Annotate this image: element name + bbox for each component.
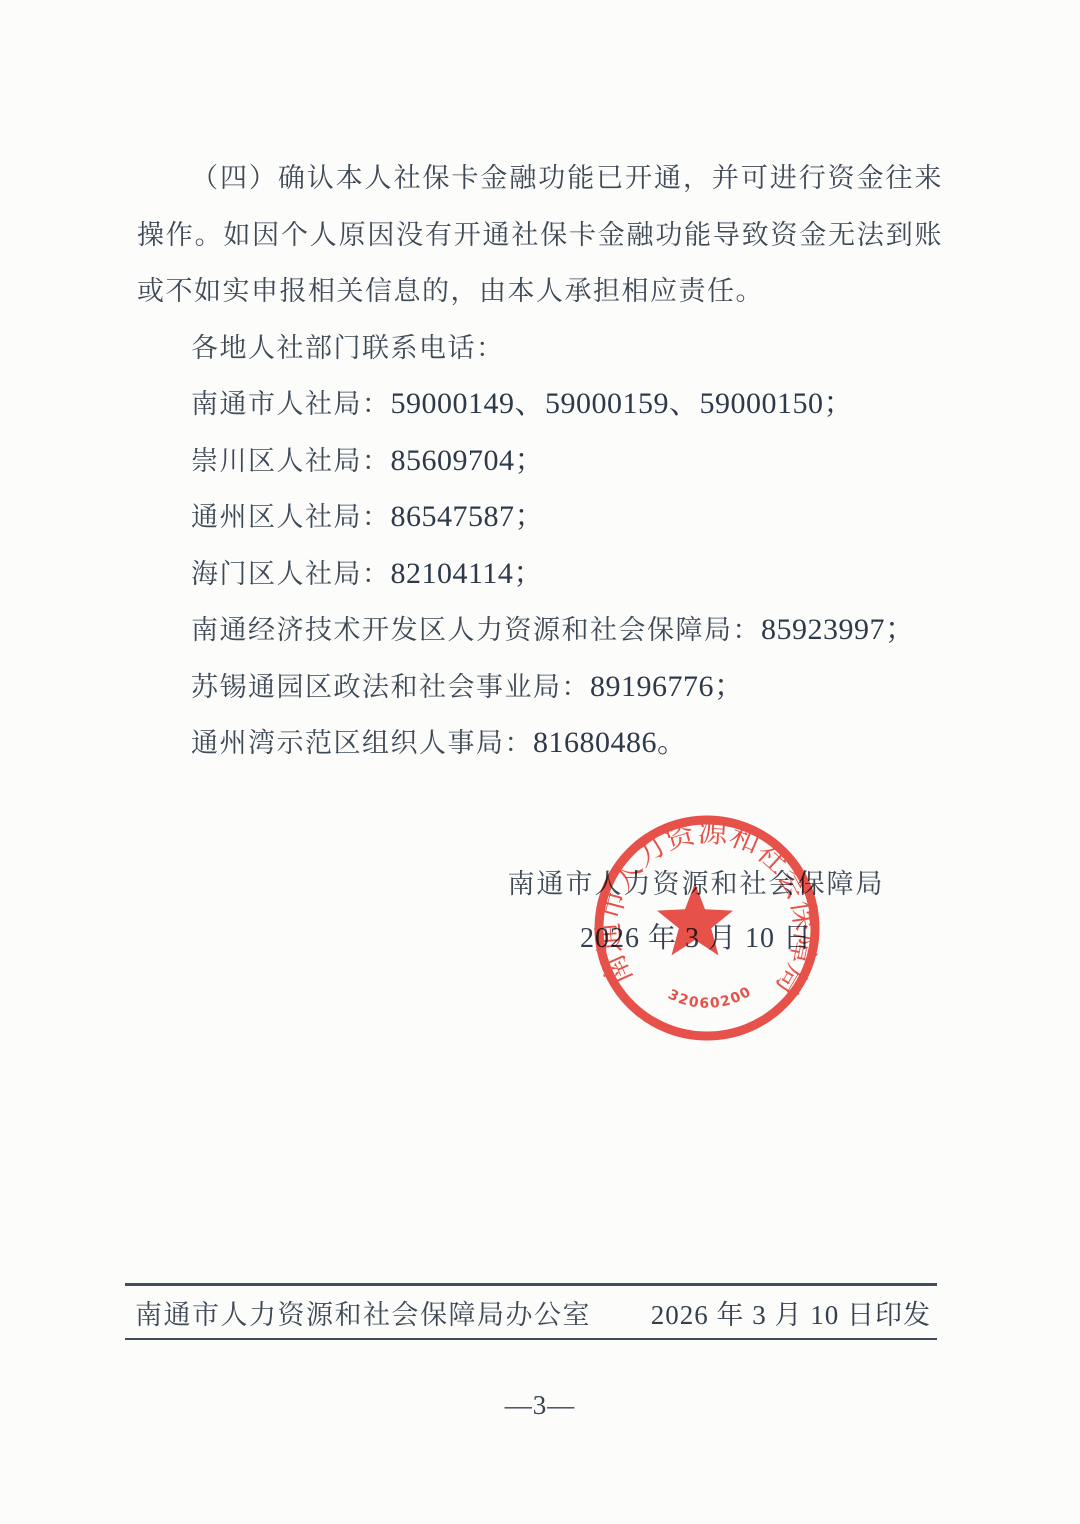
- paragraph-line: 或不如实申报相关信息的，由本人承担相应责任。: [137, 263, 943, 320]
- signature-block: 南通市人力资源和社会保障局 2026 年 3 月 10 日: [500, 856, 892, 966]
- footer-print-date: 2026 年 3 月 10 日印发: [651, 1293, 931, 1332]
- contact-row: 南通经济技术开发区人力资源和社会保障局：85923997；: [137, 602, 943, 659]
- contact-name: 海门区人社局：: [191, 559, 391, 589]
- contact-name: 南通市人社局：: [191, 389, 391, 419]
- contact-name: 南通经济技术开发区人力资源和社会保障局：: [191, 615, 761, 645]
- contact-phones: 59000149、59000159、59000150；: [391, 387, 855, 420]
- contact-row: 海门区人社局：82104114；: [137, 546, 943, 603]
- signature-date: 2026 年 3 月 10 日: [500, 912, 892, 966]
- contact-name: 通州区人社局：: [191, 502, 391, 532]
- page-number: —3—: [0, 1390, 1080, 1421]
- contact-phones: 86547587；: [391, 500, 546, 533]
- signature-org: 南通市人力资源和社会保障局: [500, 856, 892, 912]
- contact-row: 通州区人社局：86547587；: [137, 489, 943, 546]
- contact-row: 苏锡通园区政法和社会事业局：89196776；: [137, 659, 943, 716]
- body-text: （四）确认本人社保卡金融功能已开通，并可进行资金往来 操作。如因个人原因没有开通…: [137, 150, 943, 772]
- footer-bar: 南通市人力资源和社会保障局办公室 2026 年 3 月 10 日印发: [125, 1283, 937, 1340]
- contact-phones: 81680486。: [533, 726, 688, 759]
- paragraph-line: 操作。如因个人原因没有开通社保卡金融功能导致资金无法到账: [137, 207, 943, 264]
- footer-office: 南通市人力资源和社会保障局办公室: [135, 1293, 591, 1332]
- contact-row: 南通市人社局：59000149、59000159、59000150；: [137, 376, 943, 433]
- contact-name: 通州湾示范区组织人事局：: [191, 728, 533, 758]
- document-page: （四）确认本人社保卡金融功能已开通，并可进行资金往来 操作。如因个人原因没有开通…: [0, 0, 1080, 1524]
- contact-name: 崇川区人社局：: [191, 446, 391, 476]
- contact-row: 通州湾示范区组织人事局：81680486。: [137, 715, 943, 772]
- contact-phones: 85609704；: [391, 444, 546, 477]
- contact-phones: 89196776；: [590, 670, 745, 703]
- contacts-intro: 各地人社部门联系电话：: [137, 320, 943, 377]
- paragraph-line: （四）确认本人社保卡金融功能已开通，并可进行资金往来: [137, 150, 943, 207]
- contact-row: 崇川区人社局：85609704；: [137, 433, 943, 490]
- contact-phones: 82104114；: [391, 557, 544, 590]
- contact-name: 苏锡通园区政法和社会事业局：: [191, 672, 590, 702]
- contact-phones: 85923997；: [761, 613, 916, 646]
